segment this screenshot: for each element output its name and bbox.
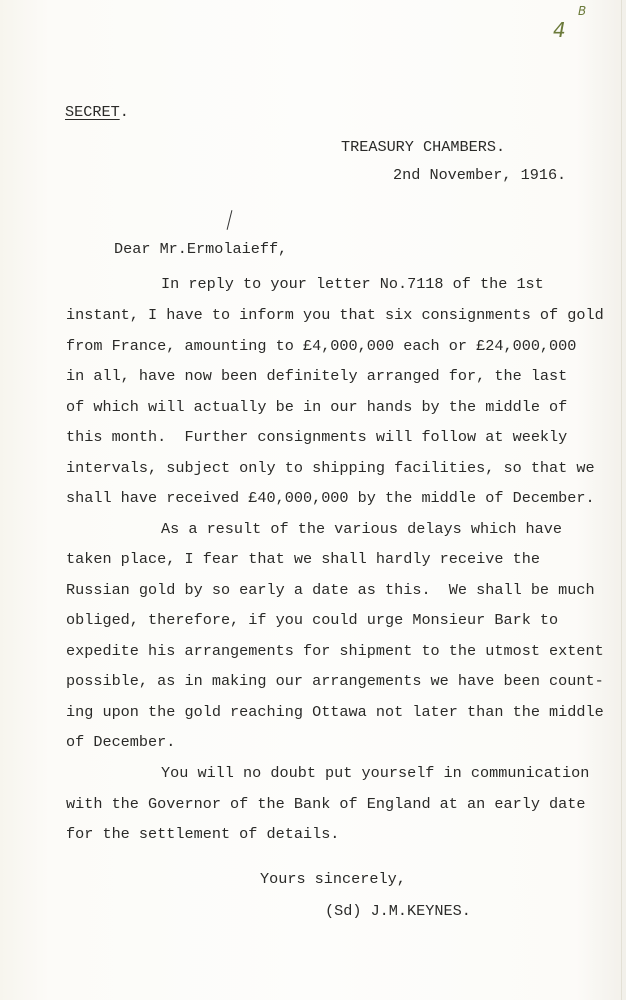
classification-punct: . (120, 103, 129, 121)
classification-line: SECRET. (65, 103, 129, 121)
handwritten-page-number: 4 (553, 18, 566, 42)
body-line: in all, have now been definitely arrange… (66, 367, 567, 385)
body-line: In reply to your letter No.7118 of the 1… (161, 275, 544, 293)
body-line: possible, as in making our arrangements … (66, 672, 604, 690)
body-line: obliged, therefore, if you could urge Mo… (66, 611, 558, 629)
body-line: of which will actually be in our hands b… (66, 398, 567, 416)
office-heading: TREASURY CHAMBERS. (341, 138, 505, 156)
classification-label: SECRET (65, 103, 120, 121)
body-line: from France, amounting to £4,000,000 eac… (66, 337, 576, 355)
pen-mark (227, 210, 233, 230)
body-line: for the settlement of details. (66, 825, 339, 843)
body-line: Russian gold by so early a date as this.… (66, 581, 595, 599)
letter-date: 2nd November, 1916. (393, 166, 566, 184)
body-line: this month. Further consignments will fo… (66, 428, 567, 446)
body-line: taken place, I fear that we shall hardly… (66, 550, 540, 568)
body-line: shall have received £40,000,000 by the m… (66, 489, 595, 507)
page-edge (621, 0, 622, 1000)
document-page: 4 B SECRET. TREASURY CHAMBERS. 2nd Novem… (0, 0, 626, 1000)
body-line: ing upon the gold reaching Ottawa not la… (66, 703, 604, 721)
body-line: of December. (66, 733, 175, 751)
handwritten-page-suffix: B (578, 4, 586, 18)
signature: (Sd) J.M.KEYNES. (325, 902, 471, 920)
body-line: You will no doubt put yourself in commun… (161, 764, 589, 782)
body-line: instant, I have to inform you that six c… (66, 306, 604, 324)
salutation: Dear Mr.Ermolaieff, (114, 240, 287, 258)
body-line: intervals, subject only to shipping faci… (66, 459, 595, 477)
body-line: with the Governor of the Bank of England… (66, 795, 586, 813)
body-line: As a result of the various delays which … (161, 520, 562, 538)
closing: Yours sincerely, (260, 870, 406, 888)
body-line: expedite his arrangements for shipment t… (66, 642, 604, 660)
